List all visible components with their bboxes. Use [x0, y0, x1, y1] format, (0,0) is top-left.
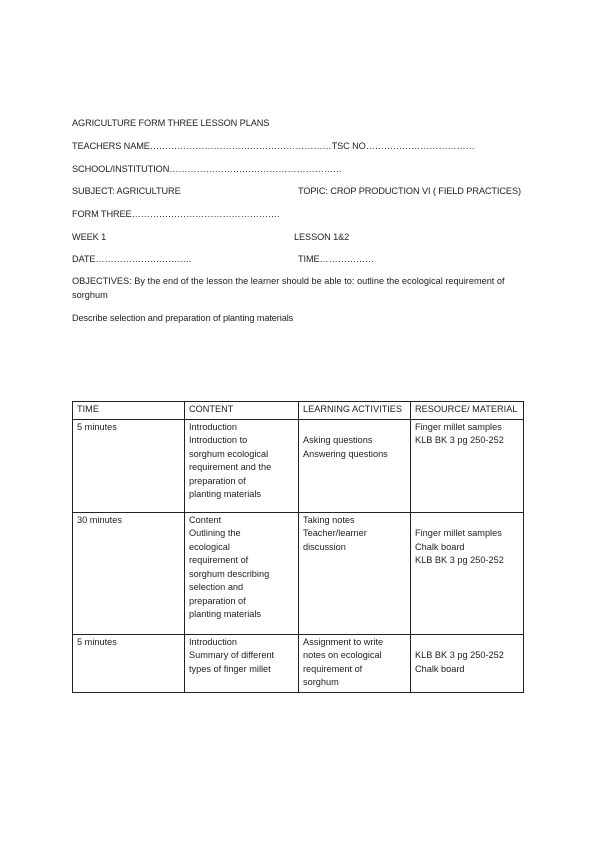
cell-resources: Finger millet samplesChalk boardKLB BK 3… — [411, 512, 524, 634]
cell-resources-line: KLB BK 3 pg 250-252 — [415, 434, 518, 448]
objectives-text: OBJECTIVES: By the end of the lesson the… — [72, 275, 512, 302]
cell-content: IntroductionIntroduction tosorghum ecolo… — [185, 419, 299, 512]
table-row: 5 minutesIntroductionSummary of differen… — [73, 634, 524, 692]
cell-content-line: sorghum ecological — [189, 448, 293, 462]
cell-content-line: sorghum describing — [189, 568, 293, 582]
cell-time: 5 minutes — [73, 634, 185, 692]
cell-time: 30 minutes — [73, 512, 185, 634]
topic-field: TOPIC: CROP PRODUCTION VI ( FIELD PRACTI… — [298, 186, 521, 196]
header-time: TIME — [73, 402, 185, 420]
cell-activities-line: Teacher/learner — [303, 527, 405, 541]
cell-resources: Finger millet samplesKLB BK 3 pg 250-252 — [411, 419, 524, 512]
cell-activities-line: Asking questions — [303, 434, 405, 448]
cell-resources-line: KLB BK 3 pg 250-252 — [415, 649, 518, 663]
cell-content-line: planting materials — [189, 608, 293, 622]
cell-activities-line: Assignment to write — [303, 636, 405, 650]
cell-activities-line: sorghum — [303, 676, 405, 690]
cell-content-line: preparation of — [189, 475, 293, 489]
cell-activities-line: requirement of — [303, 663, 405, 677]
lesson-plan-table: TIME CONTENT LEARNING ACTIVITIES RESOURC… — [72, 401, 524, 693]
cell-resources-line: Finger millet samples — [415, 421, 518, 435]
subject-field: SUBJECT: AGRICULTURE — [72, 186, 181, 196]
lesson-field: LESSON 1&2 — [294, 232, 349, 242]
cell-resources-line: Chalk board — [415, 663, 518, 677]
cell-content: ContentOutlining theecologicalrequiremen… — [185, 512, 299, 634]
table-header-row: TIME CONTENT LEARNING ACTIVITIES RESOURC… — [73, 402, 524, 420]
table-row: 5 minutesIntroductionIntroduction tosorg… — [73, 419, 524, 512]
time-field: TIME……………… — [298, 254, 374, 264]
header-learning-activities: LEARNING ACTIVITIES — [299, 402, 411, 420]
header-content: CONTENT — [185, 402, 299, 420]
table-row: 30 minutesContentOutlining theecological… — [73, 512, 524, 634]
form-field: FORM THREE…………………………………………. — [72, 209, 279, 219]
date-field: DATE………………………….. — [72, 254, 191, 264]
cell-content-line: selection and — [189, 581, 293, 595]
cell-content-line: preparation of — [189, 595, 293, 609]
cell-content-line: Introduction to — [189, 434, 293, 448]
cell-content-line: requirement and the — [189, 461, 293, 475]
cell-activities-line: Answering questions — [303, 448, 405, 462]
cell-content-line: Content — [189, 514, 293, 528]
cell-activities-line: discussion — [303, 541, 405, 555]
document-title: AGRICULTURE FORM THREE LESSON PLANS — [72, 118, 269, 128]
cell-activities: Taking notesTeacher/learnerdiscussion — [299, 512, 411, 634]
cell-content: IntroductionSummary of differenttypes of… — [185, 634, 299, 692]
cell-resources: KLB BK 3 pg 250-252Chalk board — [411, 634, 524, 692]
cell-activities-line: Taking notes — [303, 514, 405, 528]
week-field: WEEK 1 — [72, 232, 106, 242]
cell-resources-line: Chalk board — [415, 541, 518, 555]
cell-time: 5 minutes — [73, 419, 185, 512]
cell-resources-line: KLB BK 3 pg 250-252 — [415, 554, 518, 568]
school-field: SCHOOL/INSTITUTION………………………………………………… — [72, 164, 342, 174]
cell-content-line: types of finger millet — [189, 663, 293, 677]
objective-2-text: Describe selection and preparation of pl… — [72, 313, 293, 323]
cell-content-line: Introduction — [189, 421, 293, 435]
cell-activities: Assignment to writenotes on ecologicalre… — [299, 634, 411, 692]
cell-content-line: ecological — [189, 541, 293, 555]
cell-activities: Asking questionsAnswering questions — [299, 419, 411, 512]
header-resource-material: RESOURCE/ MATERIAL — [411, 402, 524, 420]
cell-resources-line: Finger millet samples — [415, 527, 518, 541]
cell-content-line: planting materials — [189, 488, 293, 502]
cell-content-line: Summary of different — [189, 649, 293, 663]
cell-content-line: requirement of — [189, 554, 293, 568]
cell-content-line: Introduction — [189, 636, 293, 650]
teachers-name-field: TEACHERS NAME……………………………………………………TSC NO…… — [72, 141, 475, 151]
cell-content-line: Outlining the — [189, 527, 293, 541]
cell-activities-line: notes on ecological — [303, 649, 405, 663]
